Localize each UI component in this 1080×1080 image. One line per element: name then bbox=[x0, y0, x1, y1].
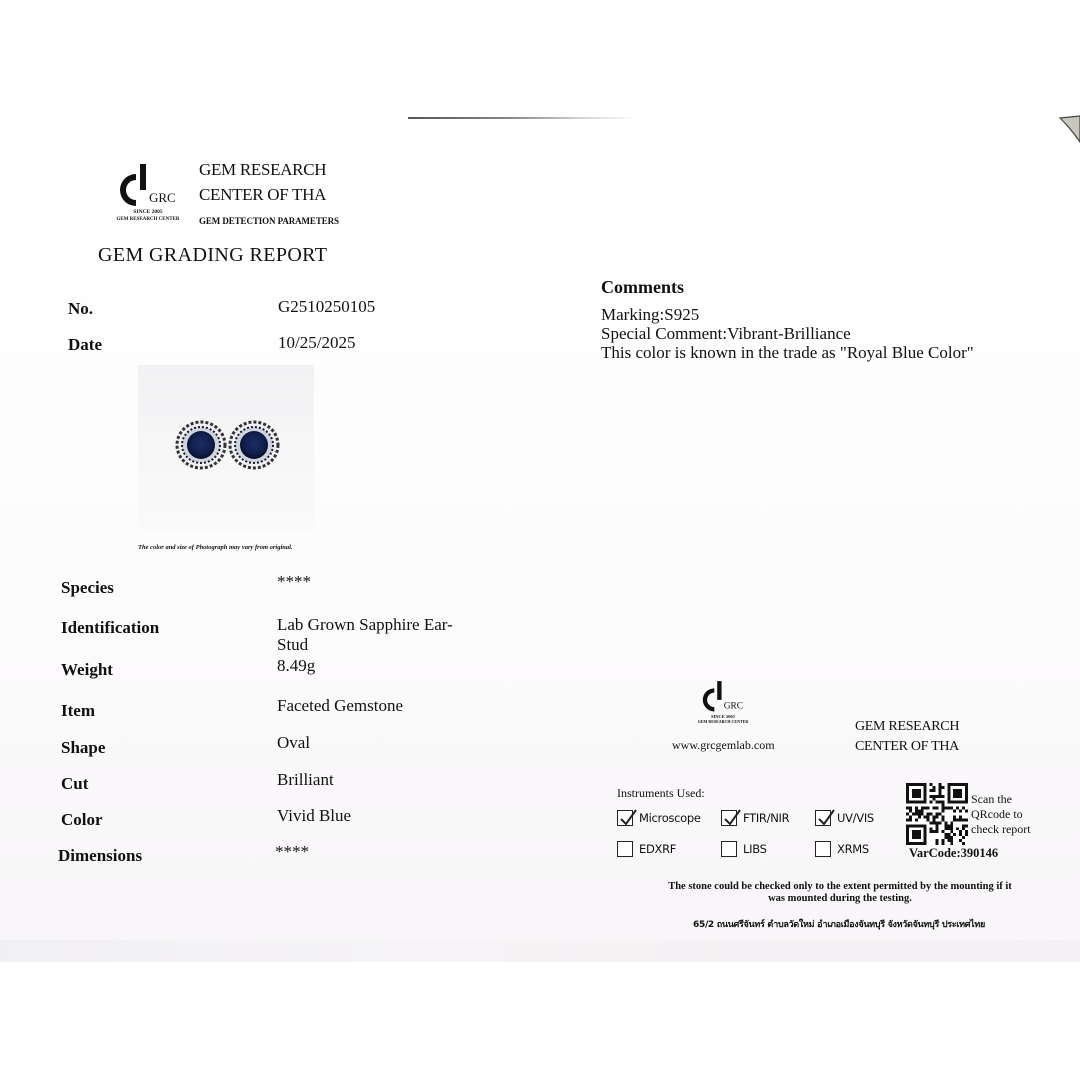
instruments-title: Instruments Used: bbox=[617, 786, 705, 801]
comment-color-trade: This color is known in the trade as "Roy… bbox=[601, 343, 974, 362]
footer-org-name-line2: CENTER OF THA bbox=[855, 737, 959, 757]
instrument-libs: LIBS bbox=[721, 841, 767, 857]
paper-shadow bbox=[0, 940, 1080, 962]
qr-code-icon[interactable] bbox=[905, 783, 969, 845]
instrument-uv-vis: UV/VIS bbox=[815, 810, 874, 826]
footer-org-name-line1: GEM RESEARCH bbox=[855, 717, 959, 737]
grc-logo: GRC SINCE 2005 GEM RESEARCH CENTER bbox=[112, 162, 184, 222]
uv-vis-checkbox bbox=[815, 810, 831, 826]
logo-since: SINCE 2005 bbox=[112, 210, 184, 216]
identification-value-line2: Stud bbox=[277, 636, 308, 654]
org-name-line2: CENTER OF THA bbox=[199, 182, 326, 207]
comment-marking: Marking:S925 bbox=[601, 305, 699, 324]
dimensions-value: **** bbox=[275, 843, 309, 861]
disclaimer-line: The stone could be checked only to the e… bbox=[640, 881, 1040, 893]
qr-text-line: QRcode to bbox=[971, 807, 1031, 822]
identification-label: Identification bbox=[61, 618, 159, 638]
lab-address: 65/2 ถนนศรีจันทร์ ตำบลวัดใหม่ อำเภอเมือง… bbox=[634, 917, 1044, 931]
varcode: VarCode:390146 bbox=[909, 846, 998, 861]
item-value: Faceted Gemstone bbox=[277, 697, 403, 715]
footer-grc-logo-icon: GRC bbox=[697, 679, 749, 715]
libs-checkbox bbox=[721, 841, 737, 857]
instrument-label: FTIR/NIR bbox=[743, 811, 789, 825]
weight-label: Weight bbox=[61, 660, 113, 680]
microscope-checkbox bbox=[617, 810, 633, 826]
disclaimer-line: was mounted during the testing. bbox=[640, 893, 1040, 905]
comments-title: Comments bbox=[601, 277, 684, 298]
photo-caption: The color and size of Photograph may var… bbox=[138, 544, 293, 551]
shape-label: Shape bbox=[61, 738, 105, 758]
ftir-nir-checkbox bbox=[721, 810, 737, 826]
org-tagline: GEM DETECTION PARAMETERS bbox=[199, 216, 339, 226]
instrument-label: XRMS bbox=[837, 842, 869, 856]
instrument-label: UV/VIS bbox=[837, 811, 874, 825]
qr-instructions: Scan the QRcode to check report bbox=[971, 792, 1031, 837]
checkmark-icon bbox=[816, 807, 836, 827]
weight-value: 8.49g bbox=[277, 657, 315, 675]
org-name-line1: GEM RESEARCH bbox=[199, 157, 326, 182]
earrings-image bbox=[138, 365, 314, 530]
instrument-label: Microscope bbox=[639, 811, 701, 825]
cut-value: Brilliant bbox=[277, 771, 334, 789]
instrument-label: LIBS bbox=[743, 842, 767, 856]
footer-grc-logo: GRC SINCE 2005 GEM RESEARCH CENTER bbox=[697, 679, 749, 724]
report-number-value: G2510250105 bbox=[278, 298, 375, 316]
xrms-checkbox bbox=[815, 841, 831, 857]
cut-label: Cut bbox=[61, 774, 88, 794]
mounting-disclaimer: The stone could be checked only to the e… bbox=[640, 881, 1040, 905]
checkmark-icon bbox=[618, 807, 638, 827]
instrument-ftir-nir: FTIR/NIR bbox=[721, 810, 789, 826]
comment-special: Special Comment:Vibrant-Brilliance bbox=[601, 324, 851, 343]
paper-edge-line bbox=[408, 117, 638, 119]
svg-text:GRC: GRC bbox=[724, 702, 743, 712]
instrument-xrms: XRMS bbox=[815, 841, 869, 857]
shape-value: Oval bbox=[277, 734, 310, 752]
edxrf-checkbox bbox=[617, 841, 633, 857]
color-value: Vivid Blue bbox=[277, 807, 351, 825]
gem-photo bbox=[138, 365, 314, 530]
identification-value: Lab Grown Sapphire Ear- bbox=[277, 616, 453, 634]
qr-text-line: check report bbox=[971, 822, 1031, 837]
species-label: Species bbox=[61, 578, 114, 598]
instrument-microscope: Microscope bbox=[617, 810, 701, 826]
date-label: Date bbox=[68, 335, 102, 355]
logo-subtitle: GEM RESEARCH CENTER bbox=[112, 217, 184, 222]
checkmark-icon bbox=[722, 807, 742, 827]
website-link[interactable]: www.grcgemlab.com bbox=[672, 738, 775, 753]
instrument-edxrf: EDXRF bbox=[617, 841, 676, 857]
date-value: 10/25/2025 bbox=[278, 334, 355, 352]
footer-logo-subtitle: GEM RESEARCH CENTER bbox=[697, 720, 749, 724]
species-value: **** bbox=[277, 573, 311, 591]
page-curl-icon bbox=[1058, 114, 1080, 144]
dimensions-label: Dimensions bbox=[58, 846, 142, 866]
instrument-label: EDXRF bbox=[639, 842, 676, 856]
item-label: Item bbox=[61, 701, 95, 721]
svg-text:GRC: GRC bbox=[149, 190, 176, 205]
report-title: GEM GRADING REPORT bbox=[98, 244, 327, 267]
color-label: Color bbox=[61, 810, 103, 830]
report-number-label: No. bbox=[68, 299, 93, 319]
qr-text-line: Scan the bbox=[971, 792, 1031, 807]
grc-logo-icon: GRC bbox=[112, 162, 184, 210]
